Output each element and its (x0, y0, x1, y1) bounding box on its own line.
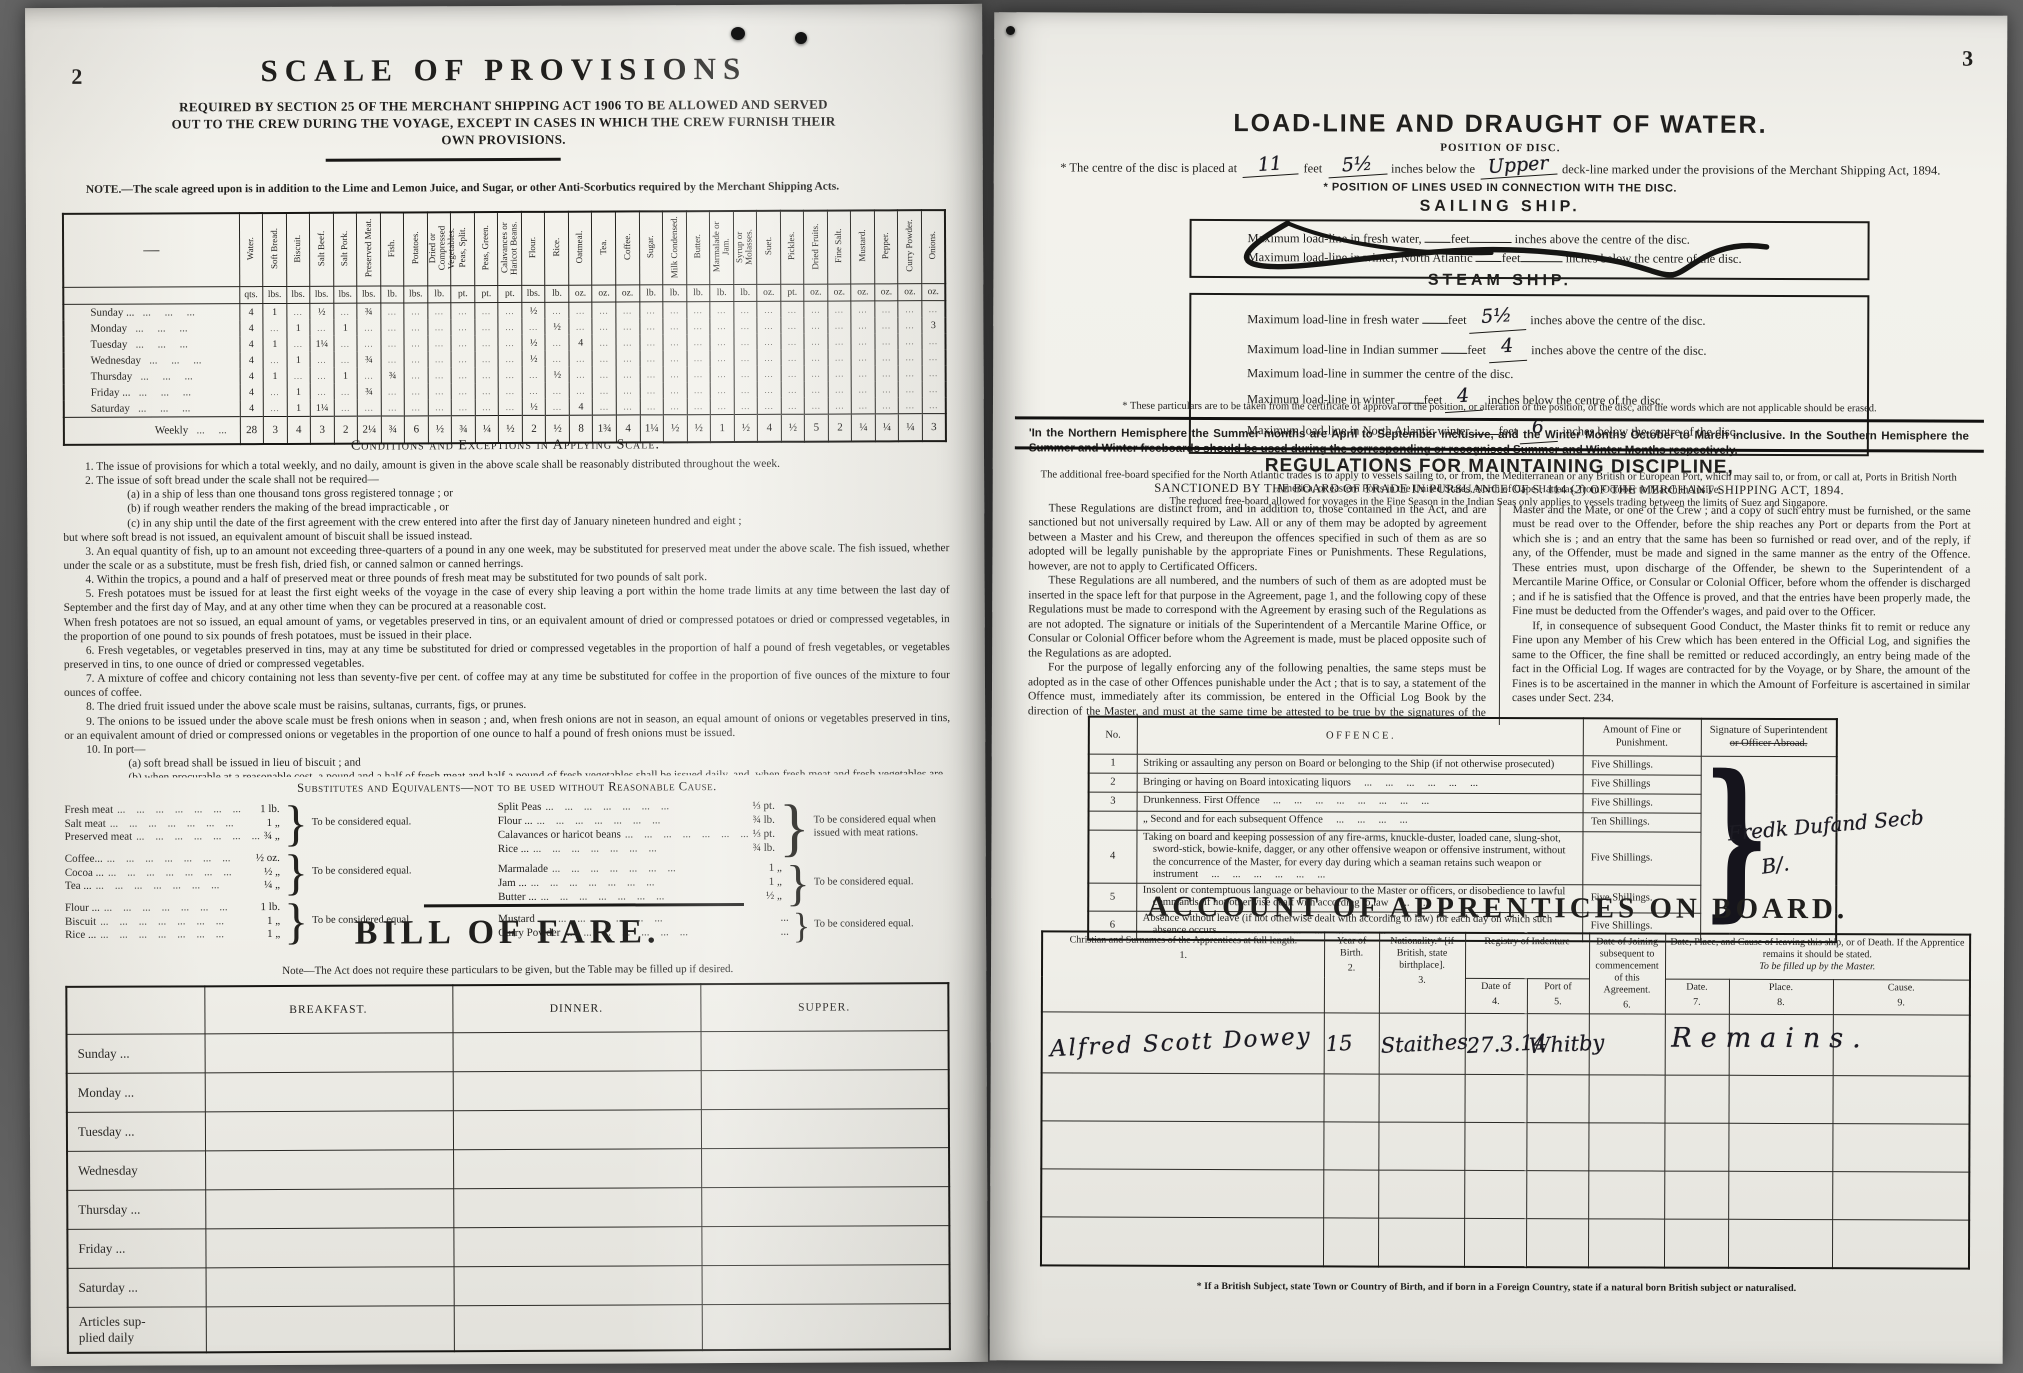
provisions-value-cell: 4 (240, 384, 264, 400)
bill-of-fare-day-cell: Wednesday (67, 1151, 205, 1191)
centre-text: deck-line marked under the provisions of… (1562, 162, 1940, 177)
apprentice-entry-cell: Remains. (1665, 1014, 1729, 1075)
header-number: 4. (1468, 996, 1523, 1008)
bill-of-fare-empty-cell (453, 1071, 701, 1111)
provisions-value-cell: ... (545, 351, 569, 367)
dot-leader: ... ... ... (134, 306, 195, 318)
dot-leader: ... ... ... (188, 424, 240, 436)
provisions-value-cell: ... (687, 366, 711, 382)
provisions-unit-cell: lbs. (333, 286, 357, 303)
apprentices-empty-cell (1378, 1074, 1464, 1122)
provisions-column-header: Fish. (380, 212, 404, 286)
provisions-value-cell: ... (663, 398, 687, 415)
provisions-unit-cell: lb. (639, 285, 663, 302)
provisions-value-cell: ½ (546, 367, 570, 383)
provisions-value-cell: ... (263, 384, 287, 400)
apprentices-empty-row (1041, 1073, 1969, 1124)
bill-of-fare-empty-cell (701, 1226, 949, 1266)
provisions-value-cell: ... (875, 301, 899, 318)
provisions-value-cell: ... (498, 319, 522, 335)
provisions-value-cell: ... (875, 365, 899, 381)
provisions-column-header: Milk Condensed. (662, 211, 686, 285)
bill-of-fare-empty-cell (701, 1070, 949, 1110)
provisions-value-cell: ... (663, 318, 687, 334)
bill-of-fare-empty-cell (701, 1187, 949, 1227)
substitutes-row: Cocoa ...... ... ... ... ... ... ...½ „ (65, 866, 280, 881)
provisions-value-cell: ... (451, 319, 475, 335)
handwritten-entry: Alfred Scott Dowey (1049, 1024, 1312, 1063)
provisions-value-cell: ... (404, 303, 428, 320)
substitutes-row: Fresh meat... ... ... ... ... ... ...1 l… (65, 803, 280, 818)
sailing-ship-heading: SAILING SHIP. (994, 196, 2007, 218)
provisions-column-header: Preserved Meat. (357, 213, 381, 287)
provisions-value-cell: ... (381, 383, 405, 399)
provisions-value-cell: 1 (287, 400, 311, 417)
provisions-column-header: Dried Fruits. (804, 211, 828, 285)
scale-note: NOTE.—The scale agreed upon is in additi… (86, 180, 936, 196)
feet-label: feet (1451, 232, 1470, 246)
bill-of-fare-row: Tuesday ... (67, 1109, 949, 1152)
provisions-value-cell: ... (263, 320, 287, 336)
bill-of-fare-empty-cell (701, 1148, 949, 1188)
apprentices-table: Christian and Surnames of the Apprentice… (1040, 930, 1971, 1269)
provisions-column-header: Tea. (592, 212, 616, 286)
provisions-unit-cell: lbs. (286, 286, 310, 303)
substitutes-group: Split Peas... ... ... ... ... ... ...⅓ p… (498, 798, 960, 858)
substitutes-row: Salt meat... ... ... ... ... ... ...1 „ (65, 817, 280, 832)
provisions-column-label: Oatmeal. (576, 231, 586, 264)
substitute-name: Coffee... (65, 853, 103, 867)
provisions-unit-cell: lbs. (263, 286, 287, 303)
blank-line (1425, 231, 1451, 243)
apprentices-column-header: Date of4. (1465, 978, 1527, 1013)
provisions-value-cell: ... (922, 301, 946, 318)
bill-of-fare-empty-cell (205, 1150, 453, 1190)
provisions-value-cell: ... (616, 318, 640, 334)
provisions-unit-cell: oz. (898, 284, 922, 301)
provisions-value-cell: ... (781, 334, 805, 350)
handwritten-load-line-value: 4 (1487, 331, 1527, 364)
substitute-quantity: 1 „ (769, 862, 782, 876)
dot-leader: ... ... ... ... ... ... ... (108, 866, 260, 880)
centre-of-disc-line: * The centre of the disc is placed at 11… (994, 154, 2007, 181)
header-label: Port of (1544, 981, 1572, 992)
provisions-value-cell: ... (569, 319, 593, 335)
provisions-day-cell: Thursday ... ... ... (64, 368, 240, 385)
handwritten-inches-value: 5½ (1327, 152, 1387, 179)
provisions-value-cell: 1 (334, 320, 358, 336)
provisions-value-cell: ... (663, 334, 687, 350)
provisions-value-cell: ... (899, 397, 923, 414)
provisions-value-cell: ½ (522, 351, 546, 367)
provisions-column-label: Fish. (387, 239, 397, 257)
scale-of-provisions-title: SCALE OF PROVISIONS (25, 50, 982, 90)
provisions-table-wrap: —Water.Soft Bread.Biscuit.Salt Beef.Salt… (62, 209, 947, 446)
bill-of-fare-row: Articles sup- plied daily (68, 1304, 950, 1353)
dot-leader: ... ... ... ... ... ... ... (537, 814, 749, 829)
apprentices-empty-cell (1664, 1171, 1728, 1219)
provisions-value-cell: ... (428, 399, 452, 416)
page-number-right: 3 (1962, 46, 1973, 72)
fine-header: Amount of Fine or Punishment. (1583, 718, 1701, 756)
regulations-paragraph: If, in consequence of subsequent Good Co… (1512, 619, 1970, 708)
provisions-column-header: Pepper. (874, 210, 898, 284)
apprentices-title: ACCOUNT OF APPRENTICES ON BOARD. (991, 890, 2004, 927)
provisions-table: —Water.Soft Bread.Biscuit.Salt Beef.Salt… (62, 209, 947, 446)
offence-text-cell: Drunkenness. First Offence ... ... ... .… (1137, 792, 1583, 812)
provisions-value-cell: ... (899, 381, 923, 397)
provisions-value-cell: ... (757, 301, 781, 318)
provisions-value-cell: ... (475, 351, 499, 367)
provisions-value-cell: 1¼ (310, 336, 334, 352)
provisions-unit-cell: pt. (475, 286, 499, 303)
provisions-value-cell: 1 (263, 336, 287, 352)
apprentices-column-header: Year of Birth.2. (1324, 932, 1379, 1013)
condition-item: 6. Fresh vegetables, or vegetables prese… (64, 640, 950, 672)
provisions-column-header: Pickles. (780, 211, 804, 285)
apprentices-column-header: Date.7. (1665, 979, 1729, 1014)
provisions-unit-cell: oz. (828, 284, 852, 301)
provisions-value-cell: ... (334, 336, 358, 352)
provisions-value-cell: ... (475, 319, 499, 335)
provisions-day-cell: Monday ... ... ... (63, 320, 239, 337)
provisions-column-label: Preserved Meat. (364, 219, 374, 278)
load-line-text: Maximum load-line in fresh water (1247, 312, 1422, 327)
header-number: 6. (1592, 999, 1661, 1011)
provisions-value-cell: ... (616, 366, 640, 382)
provisions-value-cell: ... (593, 383, 617, 399)
provisions-value-cell: ... (569, 367, 593, 383)
conditions-list: 1. The issue of provisions for which a t… (63, 456, 950, 778)
load-line-text: inches above the centre of the disc. (1527, 313, 1705, 328)
apprentices-empty-row (1041, 1169, 1969, 1220)
equivalence-note: To be considered equal. (312, 865, 458, 878)
provisions-unit-cell: lb. (663, 285, 687, 302)
substitute-name: Rice ... (498, 842, 529, 856)
provisions-value-cell: ... (663, 302, 687, 319)
provisions-column-label: Curry Powder. (905, 219, 915, 272)
provisions-column-header: Water. (239, 213, 263, 287)
header-number: 3. (1382, 975, 1461, 987)
offence-fine-cell: Five Shillings (1583, 775, 1701, 794)
substitute-quantity: ¾ lb. (753, 814, 775, 828)
provisions-column-header: Peas, Green. (474, 212, 498, 286)
substitute-name: Cocoa ... (65, 866, 104, 880)
bill-of-fare-empty-cell (453, 1188, 701, 1228)
bill-of-fare-empty-cell (205, 1111, 453, 1151)
equivalence-note: To be considered equal when issued with … (814, 814, 960, 840)
provisions-value-cell: ... (592, 302, 616, 319)
bill-of-fare-day-cell: Friday ... (67, 1229, 205, 1269)
meal-column-header: DINNER. (452, 984, 700, 1033)
apprentices-empty-cell (1041, 1169, 1323, 1218)
substitute-name: Split Peas (498, 801, 542, 815)
provisions-value-cell: ... (404, 367, 428, 383)
substitutes-group: Fresh meat... ... ... ... ... ... ...1 l… (65, 800, 458, 847)
provisions-value-cell: ... (922, 333, 946, 349)
apprentices-empty-cell (1832, 1076, 1969, 1124)
handwritten-entry: Staithes (1380, 1030, 1468, 1058)
provisions-unit-cell: pt. (498, 285, 522, 302)
provisions-column-label: Calavances or Haricot Beans. (500, 214, 519, 280)
load-line-title: LOAD-LINE AND DRAUGHT OF WATER. (994, 108, 2007, 141)
substitute-quantity: ¼ „ (264, 879, 280, 893)
provisions-value-cell: ... (592, 319, 616, 335)
equivalence-note: To be considered equal. (312, 816, 458, 829)
apprentices-empty-cell (1588, 1219, 1664, 1268)
substitutes-group: Coffee...... ... ... ... ... ... ...½ oz… (65, 849, 458, 896)
provisions-value-cell: ... (475, 335, 499, 351)
provisions-value-cell: ... (451, 383, 475, 399)
apprentice-entry-cell: 27.3.14 (1465, 1013, 1527, 1074)
load-line-text: Maximum load-line in Indian summer (1247, 343, 1441, 358)
leaving-group-italic: To be filled up by the Master. (1670, 961, 1966, 974)
bill-of-fare-row: Monday ... (67, 1070, 949, 1113)
provisions-column-header: Butter. (686, 211, 710, 285)
provisions-value-cell: ... (498, 367, 522, 383)
provisions-value-cell: 1¼ (310, 400, 334, 417)
substitutes-heading: Substitutes and Equivalents—not to be us… (28, 778, 985, 797)
apprentices-empty-cell (1464, 1170, 1526, 1218)
provisions-value-cell: ... (357, 400, 381, 417)
provisions-value-cell: ... (592, 335, 616, 351)
load-line-entry: Maximum load-line in fresh water, feet i… (1248, 229, 1868, 251)
provisions-column-header: Potatoes. (404, 212, 428, 286)
apprentice-entry-row: Alfred Scott Dowey15Staithes27.3.14Whitb… (1042, 1012, 1970, 1076)
brace-glyph: } (786, 860, 810, 905)
provisions-column-header: Marmalade or Jam. (710, 211, 734, 285)
load-line-text: inches below the centre of the disc. (1562, 252, 1741, 267)
provisions-value-cell: ... (851, 317, 875, 333)
provisions-value-cell: ½ (522, 302, 546, 319)
provisions-value-cell: ... (663, 350, 687, 366)
day-label: Monday (90, 323, 127, 335)
substitute-name: Flour ... (498, 815, 533, 829)
load-line-text: Maximum load-line in winter, North Atlan… (1247, 250, 1475, 265)
apprentices-empty-cell (1526, 1123, 1588, 1171)
provisions-value-cell: 1 (287, 352, 311, 368)
handwritten-feet-value: 11 (1242, 151, 1300, 178)
substitute-name: Flour ... (65, 902, 100, 916)
provisions-value-cell: ... (851, 301, 875, 318)
offence-text-cell: Taking on board and keeping possession o… (1136, 830, 1582, 885)
provisions-value-cell: ... (593, 399, 617, 416)
provisions-column-label: Mustard. (858, 230, 868, 262)
provisions-unit-cell: oz. (804, 284, 828, 301)
provisions-value-cell: ... (428, 383, 452, 399)
feet-label: feet (1502, 251, 1521, 265)
provisions-value-cell: ... (898, 301, 922, 318)
apprentices-column-header: Cause.9. (1833, 980, 1970, 1016)
provisions-value-cell: ... (357, 336, 381, 352)
substitute-quantity: ¾ „ (264, 830, 280, 844)
apprentices-empty-cell (1832, 1172, 1969, 1220)
handwritten-entry: 15 (1325, 1031, 1353, 1056)
apprentice-entry-cell: Staithes (1379, 1013, 1465, 1074)
provisions-value-cell: ... (334, 384, 358, 400)
provisions-column-label: Sugar. (646, 235, 656, 258)
offence-no-cell: 4 (1088, 830, 1136, 883)
feet-label: feet (1467, 343, 1486, 357)
bill-of-fare-row: Saturday ... (68, 1265, 950, 1308)
substitutes-items: Fresh meat... ... ... ... ... ... ...1 l… (65, 803, 280, 845)
offence-no-cell (1089, 811, 1137, 830)
load-line-entry: Maximum load-line in fresh water feet5½ … (1247, 303, 1867, 336)
provisions-unit-cell: oz. (757, 284, 781, 301)
bill-of-fare-empty-cell (453, 1032, 701, 1072)
provisions-value-cell: ... (381, 335, 405, 351)
provisions-header-row: —Water.Soft Bread.Biscuit.Salt Beef.Salt… (63, 210, 945, 287)
provisions-value-cell: ... (475, 303, 499, 320)
offence-text-cell: „ Second and for each subsequent Offence… (1137, 811, 1583, 831)
substitute-quantity: 1 „ (769, 876, 782, 890)
substitutes-row: Jam ...... ... ... ... ... ... ...1 „ (498, 876, 782, 891)
condition-item: 9. The onions to be issued under the abo… (64, 711, 950, 743)
provisions-value-cell: 4 (569, 335, 593, 351)
substitutes-row: Coffee...... ... ... ... ... ... ...½ oz… (65, 852, 280, 867)
provisions-value-cell: ... (428, 335, 452, 351)
provisions-column-label: Salt Beef. (317, 231, 327, 267)
apprentices-empty-cell (1323, 1122, 1378, 1170)
header-label: Cause. (1888, 982, 1915, 993)
apprentice-entry-cell: Whitby (1527, 1014, 1589, 1075)
provisions-value-cell: ... (333, 303, 357, 320)
provisions-value-cell: ... (451, 351, 475, 367)
provisions-unit-cell: oz. (569, 285, 593, 302)
provisions-value-cell: ... (781, 350, 805, 366)
provisions-column-label: Flour. (528, 237, 538, 258)
load-line-entry: Maximum load-line in winter, North Atlan… (1247, 248, 1867, 270)
provisions-column-header: Oatmeal. (568, 212, 592, 286)
provisions-value-cell: ... (310, 368, 334, 384)
load-line-text: Maximum load-line in summer the centre o… (1247, 366, 1513, 381)
provisions-value-cell: ... (687, 350, 711, 366)
provisions-column-header: Flour. (521, 212, 545, 286)
dot-leader: ... ... ... ... ... ... ... (545, 800, 748, 815)
apprentices-column-header: Date of Joining subsequent to commenceme… (1589, 933, 1665, 1014)
apprentices-empty-cell (1041, 1217, 1323, 1266)
header-label: Date of Joining subsequent to commenceme… (1595, 936, 1658, 995)
provisions-column-label: Pickles. (787, 232, 797, 260)
blank-line (1470, 231, 1512, 243)
provisions-day-cell: Wednesday ... ... ... (64, 352, 240, 369)
bill-of-fare-title: BILL OF FARE. (29, 912, 986, 954)
regulations-heading: REGULATIONS FOR MAINTAINING DISCIPLINE, (993, 454, 2006, 480)
provisions-column-header: Biscuit. (286, 213, 310, 287)
apprentices-empty-cell (1526, 1075, 1588, 1123)
regulations-text: These Regulations are distinct from, and… (1028, 501, 1971, 726)
bill-of-fare-header-row: BREAKFAST.DINNER.SUPPER. (66, 983, 948, 1034)
provisions-unit-cell: oz. (616, 285, 640, 302)
provisions-unit-cell: oz. (875, 284, 899, 301)
provisions-column-label: Biscuit. (293, 234, 303, 262)
provisions-column-header: Syrup or Molasses. (733, 211, 757, 285)
substitute-quantity: ½ oz. (256, 852, 280, 866)
apprentices-empty-cell (1664, 1123, 1728, 1171)
provisions-column-label: Peas, Green. (481, 225, 491, 270)
provisions-column-label: Dried or Compressed Vegetables. (428, 215, 457, 281)
provisions-value-cell: ... (828, 365, 852, 381)
bill-of-fare-day-cell: Saturday ... (68, 1268, 206, 1308)
bill-of-fare-empty-cell (205, 1072, 453, 1112)
header-label: Date. (1686, 982, 1707, 993)
blank-line (1422, 312, 1448, 324)
dot-leader: ... ... ... ... ... ... ... (107, 852, 252, 866)
provisions-value-cell: 4 (240, 368, 264, 384)
bill-of-fare-day-cell: Tuesday ... (67, 1112, 205, 1152)
provisions-value-cell: ... (804, 318, 828, 334)
bill-of-fare-row: Sunday ... (67, 1031, 949, 1074)
provisions-column-label: Potatoes. (411, 231, 421, 264)
provisions-value-cell: ... (828, 301, 852, 318)
apprentices-empty-cell (1832, 1220, 1969, 1269)
substitute-name: Salt meat (65, 817, 106, 831)
provisions-column-label: Syrup or Molasses. (735, 213, 754, 279)
provisions-value-cell: ... (781, 366, 805, 382)
provisions-value-cell: ... (639, 318, 663, 334)
dot-leader: ... ... ... (127, 322, 188, 334)
brace-glyph: } (284, 850, 308, 895)
header-number: 9. (1836, 997, 1966, 1009)
provisions-value-cell: ... (804, 398, 828, 415)
provisions-column-label: Dried Fruits. (811, 223, 821, 269)
dot-leader: ... ... ... (130, 402, 191, 414)
bill-of-fare-empty-cell (206, 1267, 454, 1307)
apprentices-empty-row (1041, 1121, 1969, 1172)
provisions-value-cell: ... (851, 365, 875, 381)
provisions-unit-cell: lb. (686, 285, 710, 302)
dot-leader: ... ... ... ... ... ... ... (531, 876, 765, 891)
provisions-column-label: Butter. (693, 235, 703, 259)
scale-subtitle: REQUIRED BY SECTION 25 OF THE MERCHANT S… (163, 97, 843, 151)
substitutes-row: Split Peas... ... ... ... ... ... ...⅓ p… (498, 800, 775, 815)
bill-of-fare-empty-cell (453, 1149, 701, 1189)
dot-leader: ... ... ... ... ... ... ... (552, 862, 765, 877)
provisions-value-cell: ... (781, 301, 805, 318)
load-line-text: inches above the centre of the disc. (1528, 344, 1706, 359)
regulations-paragraph: These Regulations are all numbered, and … (1028, 574, 1486, 663)
provisions-column-label: Water. (246, 237, 256, 260)
centre-text: * The centre of the disc is placed at (1060, 160, 1237, 175)
provisions-value-cell: ... (522, 367, 546, 383)
bill-of-fare-empty-cell (454, 1266, 702, 1306)
provisions-value-cell: ... (640, 350, 664, 366)
provisions-value-cell: ... (334, 400, 358, 417)
meal-column-header: BREAKFAST. (204, 985, 452, 1034)
provisions-value-cell: ... (404, 399, 428, 416)
provisions-column-header: Soft Bread. (262, 213, 286, 287)
provisions-value-cell: ... (545, 335, 569, 351)
provisions-value-cell: ... (334, 352, 358, 368)
provisions-column-label: Fine Salt. (834, 229, 844, 264)
provisions-unit-cell: lb. (733, 284, 757, 301)
header-number: 1. (1046, 949, 1321, 962)
provisions-column-header: Calavances or Haricot Beans. (498, 212, 522, 286)
provisions-value-cell: ... (781, 382, 805, 398)
dot-leader: ... ... ... (141, 354, 202, 366)
provisions-value-cell: ... (781, 318, 805, 334)
bill-of-fare-corner (66, 986, 204, 1034)
provisions-value-cell: ... (287, 368, 311, 384)
apprentices-empty-cell (1728, 1171, 1832, 1219)
provisions-value-cell: ... (546, 383, 570, 399)
dot-leader: ... ... ... ... ... ... ... (625, 828, 749, 842)
blank-line (1476, 250, 1502, 262)
provisions-value-cell: ... (757, 350, 781, 366)
provisions-value-cell: ... (404, 319, 428, 335)
provisions-value-cell: ... (828, 333, 852, 349)
offence-no-cell: 2 (1089, 773, 1137, 792)
